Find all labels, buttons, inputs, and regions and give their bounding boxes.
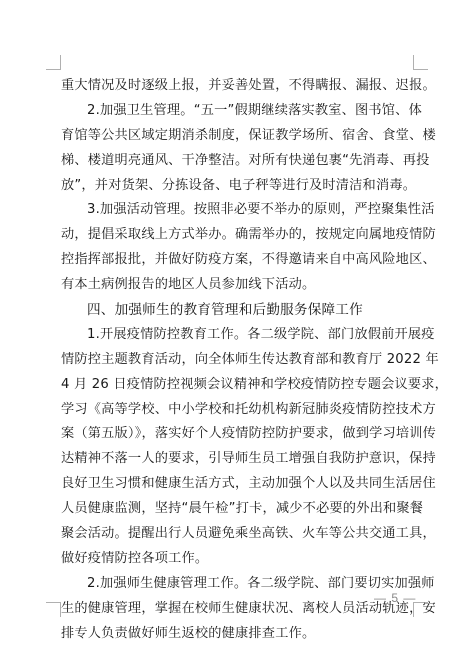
text-line: 梯、楼道明亮通风、干净整洁。对所有快递包裹“先消毒、再投 — [61, 149, 413, 174]
text-line: 案（第五版）》，落实好个人疫情防控防护要求，做到学习培训传 — [61, 422, 413, 447]
crop-mark-top-right — [413, 55, 428, 70]
text-line: 育馆等公共区域定期消杀制度，保证教学场所、宿舍、食堂、楼 — [61, 124, 413, 149]
section-heading-4: 四、加强师生的教育管理和后勤服务保障工作 — [61, 298, 413, 323]
text-line: 达精神不落一人的要求，引导师生员工增强自我防护意识，保持 — [61, 447, 413, 472]
text-line: 重大情况及时逐级上报，并妥善处置，不得瞒报、漏报、迟报。 — [61, 74, 413, 99]
text-line: 控指挥部报批，并做好防疫方案，不得邀请来自中高风险地区、 — [61, 248, 413, 273]
paragraph-4-1-start: 1.开展疫情防控教育工作。各二级学院、部门放假前开展疫 — [61, 323, 413, 348]
paragraph-2-start: 2.加强卫生管理。“五一”假期继续落实教室、图书馆、体 — [61, 99, 413, 124]
paragraph-4-2-start: 2.加强师生健康管理工作。各二级学院、部门要切实加强师 — [61, 572, 413, 597]
text-line: 情防控主题教育活动，向全体师生传达教育部和教育厅 2022 年 — [61, 348, 413, 373]
text-line: 做好疫情防控各项工作。 — [61, 547, 413, 572]
page-number: — 5 — — [374, 591, 416, 605]
text-line: 良好卫生习惯和健康生活方式，主动加强个人以及共同生活居住 — [61, 472, 413, 497]
text-line: 聚会活动。提醒出行人员避免乘坐高铁、火车等公共交通工具， — [61, 522, 413, 547]
text-line: 生的健康管理，掌握在校师生健康状况、离校人员活动轨迹，安 — [61, 597, 413, 622]
crop-mark-top-left — [46, 55, 61, 70]
text-line: 4 月 26 日疫情防控视频会议精神和学校疫情防控专题会议要求， — [61, 373, 413, 398]
text-line: 人员健康监测，坚持“晨午检”打卡，减少不必要的外出和聚餐 — [61, 497, 413, 522]
text-line: 排专人负责做好师生返校的健康排查工作。 — [61, 622, 413, 647]
crop-mark-bottom-left — [46, 602, 61, 617]
document-body: 重大情况及时逐级上报，并妥善处置，不得瞒报、漏报、迟报。 2.加强卫生管理。“五… — [61, 74, 413, 646]
paragraph-3-start: 3.加强活动管理。按照非必要不举办的原则，严控聚集性活 — [61, 198, 413, 223]
text-line: 动，提倡采取线上方式举办。确需举办的，按规定向属地疫情防 — [61, 223, 413, 248]
text-line: 有本土病例报告的地区人员参加线下活动。 — [61, 273, 413, 298]
text-line: 学习《高等学校、中小学校和托幼机构新冠肺炎疫情防控技术方 — [61, 398, 413, 423]
text-line: 放”，并对货架、分拣设备、电子秤等进行及时清洁和消毒。 — [61, 174, 413, 199]
